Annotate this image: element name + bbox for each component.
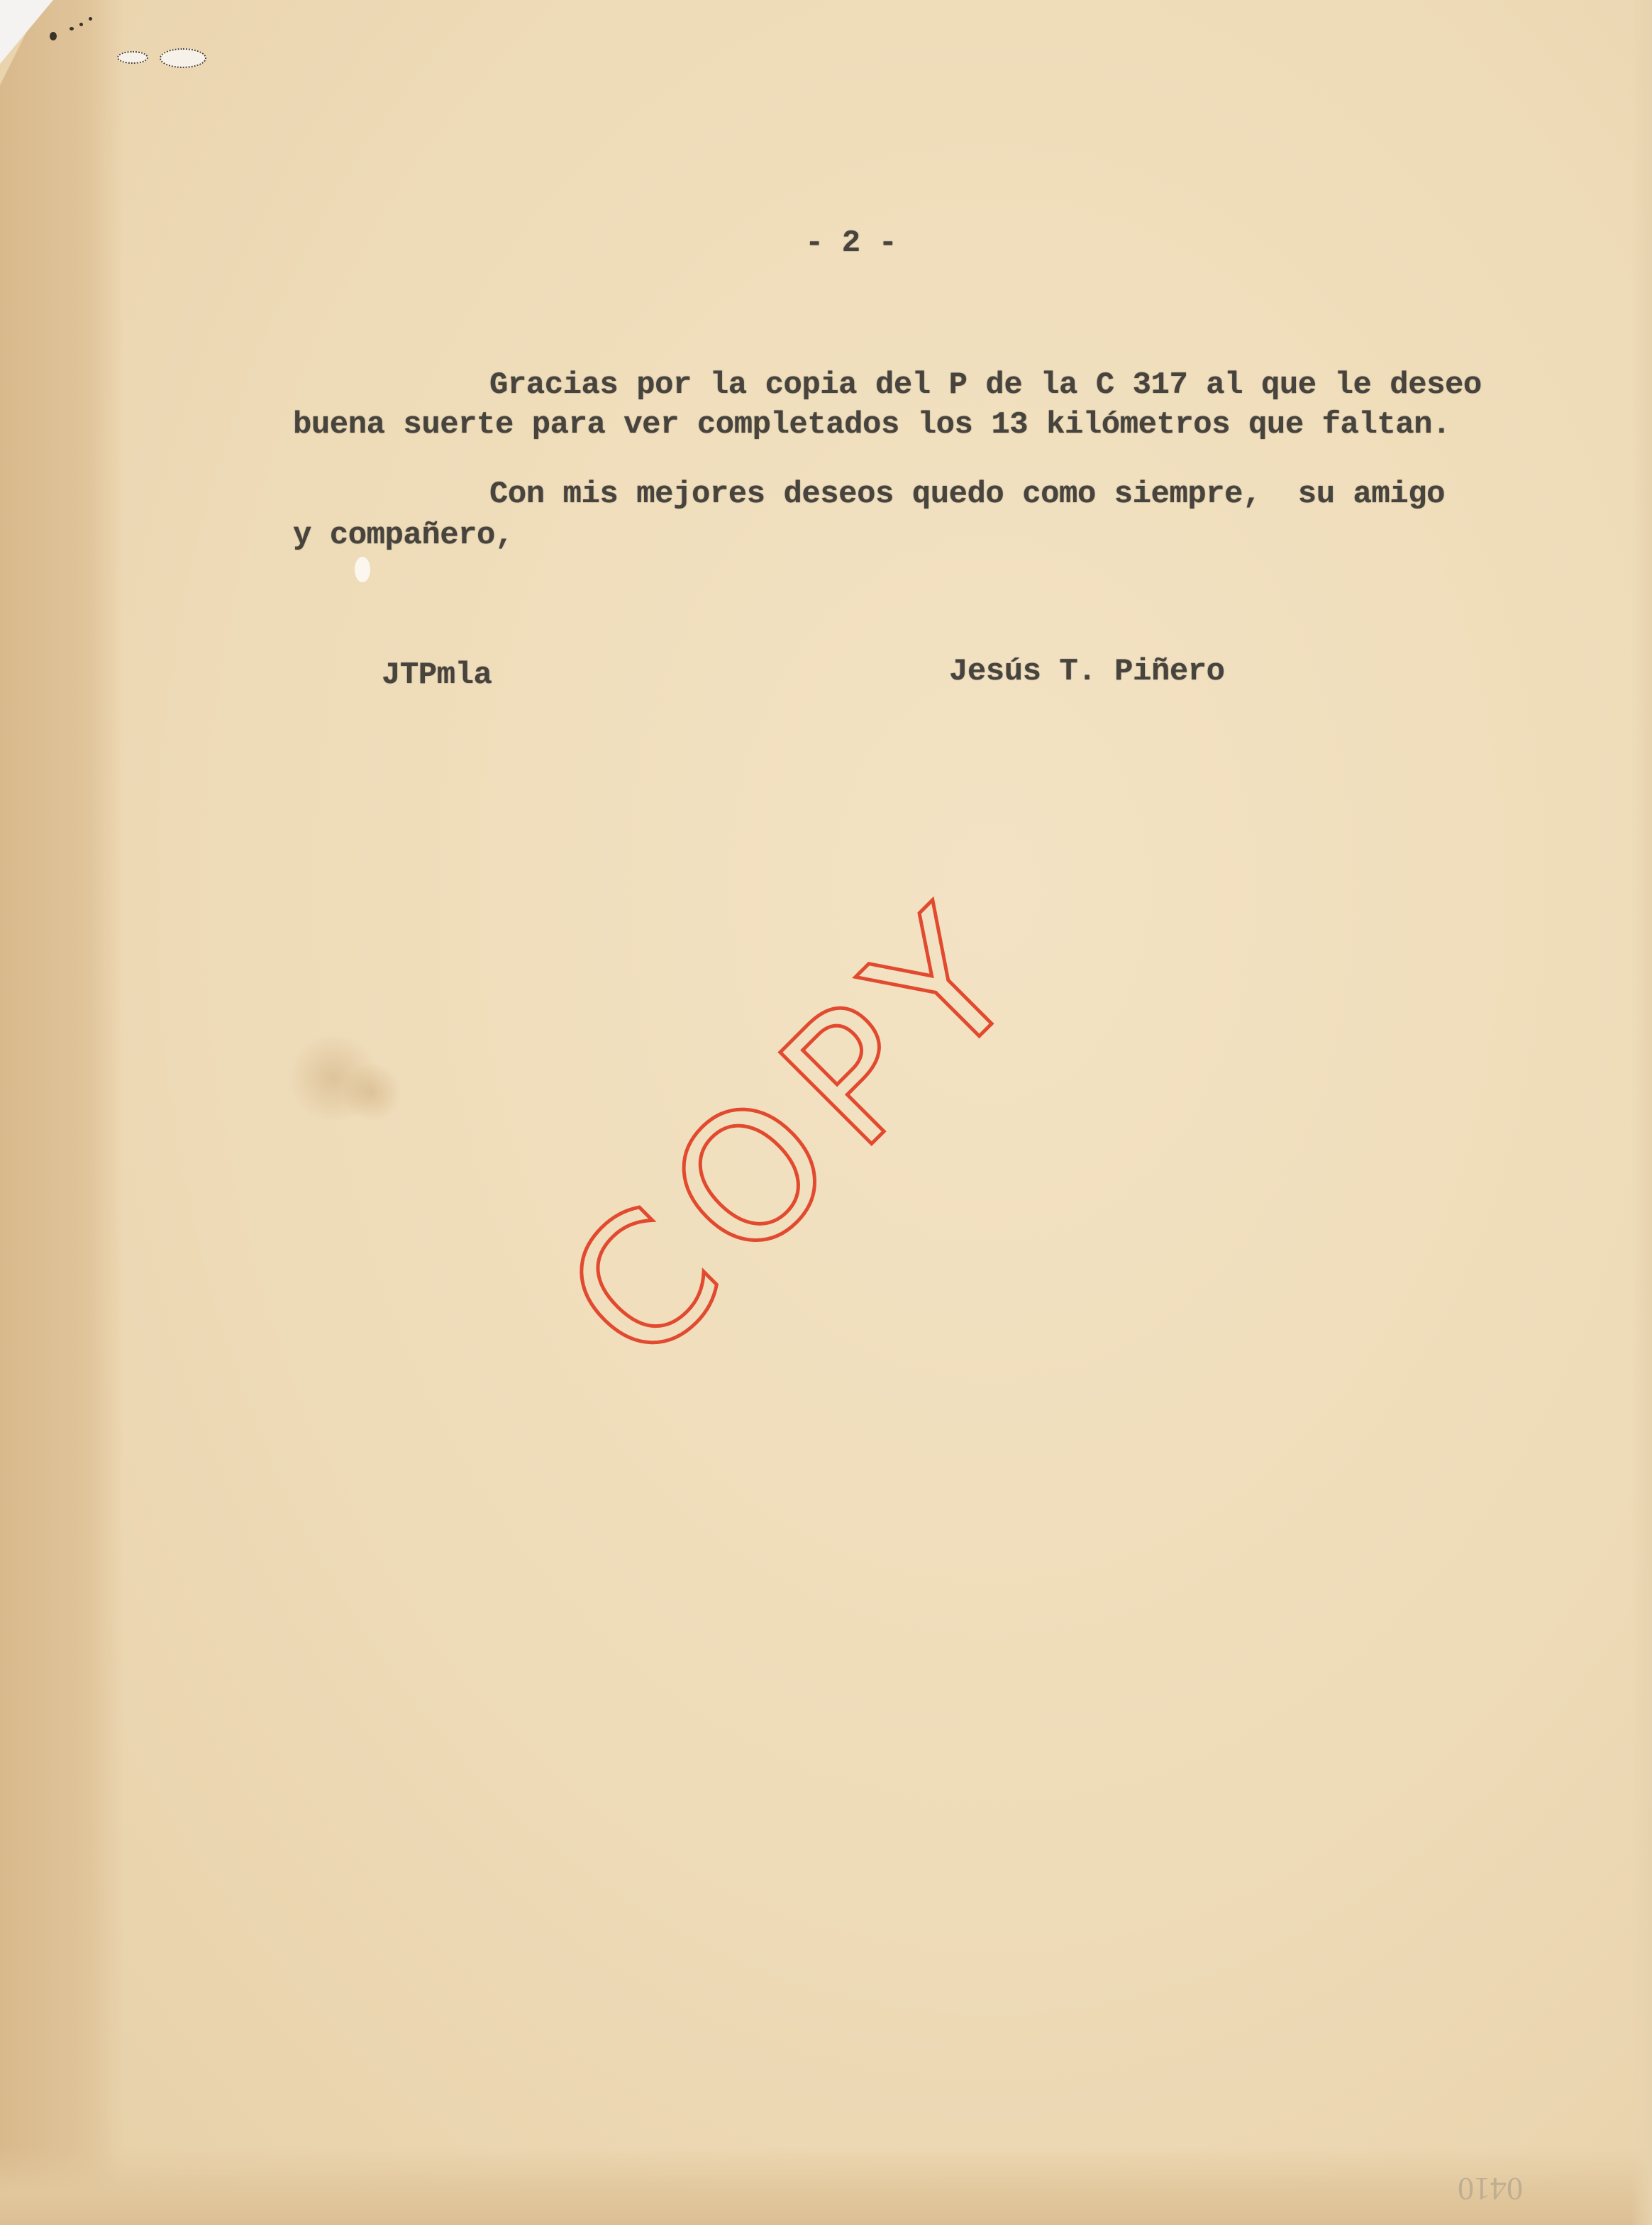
ink-spot: [89, 17, 92, 21]
pencil-archive-number: 0410: [1458, 2170, 1523, 2208]
stain: [340, 1064, 404, 1121]
aged-right-edge: [1631, 0, 1652, 2225]
paper-hole: [160, 48, 206, 68]
signature-name: Jesús T. Piñero: [949, 654, 1225, 689]
paragraph-1-line-2: buena suerte para ver completados los 13…: [293, 407, 1451, 443]
aged-left-margin: [0, 0, 124, 2225]
ink-spot: [50, 32, 57, 40]
ink-spot: [70, 27, 74, 30]
aged-bottom-edge: [0, 2147, 1652, 2225]
copy-stamp: COPY: [539, 837, 1107, 1447]
paper-speck: [355, 557, 370, 582]
paragraph-1-line-1: Gracias por la copia del P de la C 317 a…: [489, 367, 1482, 403]
ink-spot: [79, 23, 83, 26]
paragraph-2-line-2: y compañero,: [293, 518, 514, 553]
document-page: - 2 - Gracias por la copia del P de la C…: [0, 0, 1652, 2225]
reference-initials: JTPmla: [382, 657, 492, 693]
copy-stamp-text: COPY: [537, 871, 1058, 1392]
torn-corner: [0, 0, 53, 64]
paper-hole: [117, 51, 148, 64]
page-number: - 2 -: [805, 226, 897, 261]
paragraph-2-line-1: Con mis mejores deseos quedo como siempr…: [489, 477, 1445, 512]
